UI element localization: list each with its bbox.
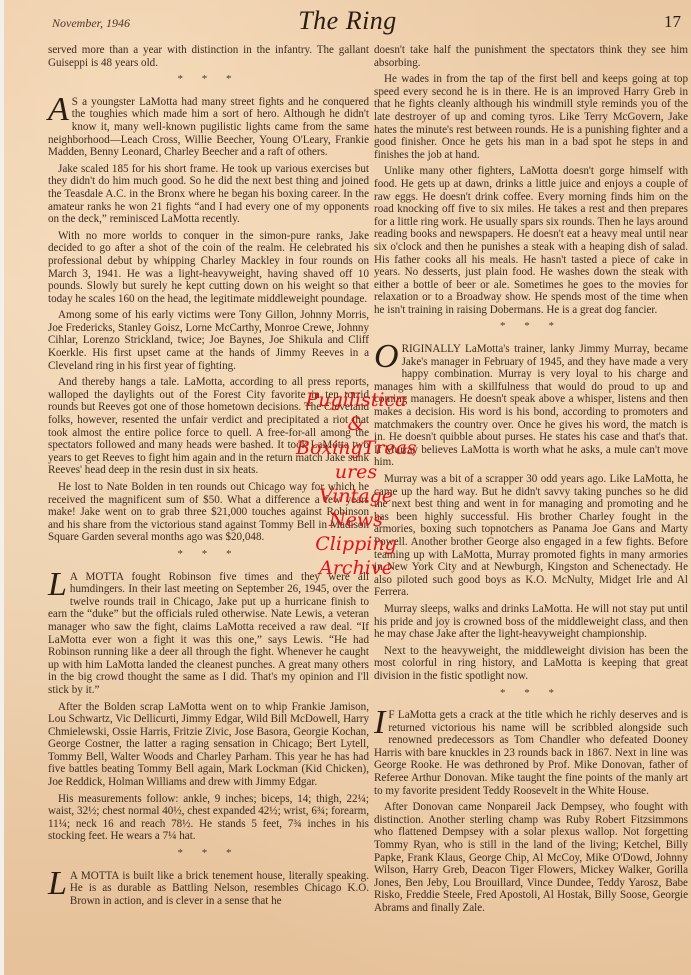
right-column: doesn't take half the punishment the spe… <box>374 44 688 919</box>
magazine-page: November, 1946 The Ring 17 served more t… <box>0 0 691 975</box>
page-header: November, 1946 The Ring 17 <box>4 6 691 40</box>
paragraph: served more than a year with distinction… <box>48 44 369 69</box>
drop-cap: O <box>374 344 399 370</box>
magazine-title: The Ring <box>4 6 691 36</box>
paragraph: Next to the heavyweight, the middleweigh… <box>374 645 688 683</box>
section-divider: * * * <box>48 847 369 860</box>
paragraph-text: RIGINALLY LaMotta's trainer, lanky Jimmy… <box>374 343 688 468</box>
paragraph-text: A MOTTA is built like a brick tenement h… <box>70 870 369 907</box>
watermark-line: & <box>296 412 416 436</box>
watermark-line: Pugilistica <box>296 388 416 412</box>
page-number: 17 <box>664 12 681 32</box>
watermark-line: Vintage <box>296 484 416 508</box>
archive-watermark: Pugilistica&BoxingTreasuresVintageNewsCl… <box>296 388 416 580</box>
watermark-line: News <box>296 508 416 532</box>
paragraph: doesn't take half the punishment the spe… <box>374 44 688 69</box>
paragraph: His measurements follow: ankle, 9 inches… <box>48 793 369 843</box>
paragraph-with-dropcap: LA MOTTA fought Robinson five times and … <box>48 571 369 697</box>
paragraph-text: A MOTTA fought Robinson five times and t… <box>48 571 369 696</box>
drop-cap: L <box>48 572 67 598</box>
paragraph-with-dropcap: AS a youngster LaMotta had many street f… <box>48 96 369 159</box>
section-divider: * * * <box>374 687 688 700</box>
paragraph-with-dropcap: IF LaMotta gets a crack at the title whi… <box>374 709 688 797</box>
paragraph-text: F LaMotta gets a crack at the title whic… <box>374 709 688 797</box>
paragraph-text: S a youngster LaMotta had many street fi… <box>48 96 369 158</box>
watermark-line: ures <box>296 460 416 484</box>
paragraph: He wades in from the tap of the first be… <box>374 73 688 161</box>
section-divider: * * * <box>374 320 688 333</box>
paragraph: Murray was a bit of a scrapper 30 odd ye… <box>374 473 688 599</box>
paragraph: Jake scaled 185 for his short frame. He … <box>48 163 369 226</box>
paragraph: Murray sleeps, walks and drinks LaMotta.… <box>374 603 688 641</box>
drop-cap: I <box>374 710 385 736</box>
paragraph-with-dropcap: LA MOTTA is built like a brick tenement … <box>48 870 369 908</box>
drop-cap: A <box>48 97 69 123</box>
watermark-line: BoxingTreas <box>296 436 416 460</box>
drop-cap: L <box>48 871 67 897</box>
paragraph: With no more worlds to conquer in the si… <box>48 230 369 306</box>
section-divider: * * * <box>48 73 369 86</box>
watermark-line: Archive <box>296 556 416 580</box>
paragraph: After the Bolden scrap LaMotta went on t… <box>48 701 369 789</box>
paragraph-with-dropcap: ORIGINALLY LaMotta's trainer, lanky Jimm… <box>374 343 688 469</box>
paragraph: Among some of his early victims were Ton… <box>48 309 369 372</box>
paragraph: After Donovan came Nonpareil Jack Dempse… <box>374 801 688 914</box>
watermark-line: Clipping <box>296 532 416 556</box>
paragraph: Unlike many other fighters, LaMotta does… <box>374 165 688 316</box>
